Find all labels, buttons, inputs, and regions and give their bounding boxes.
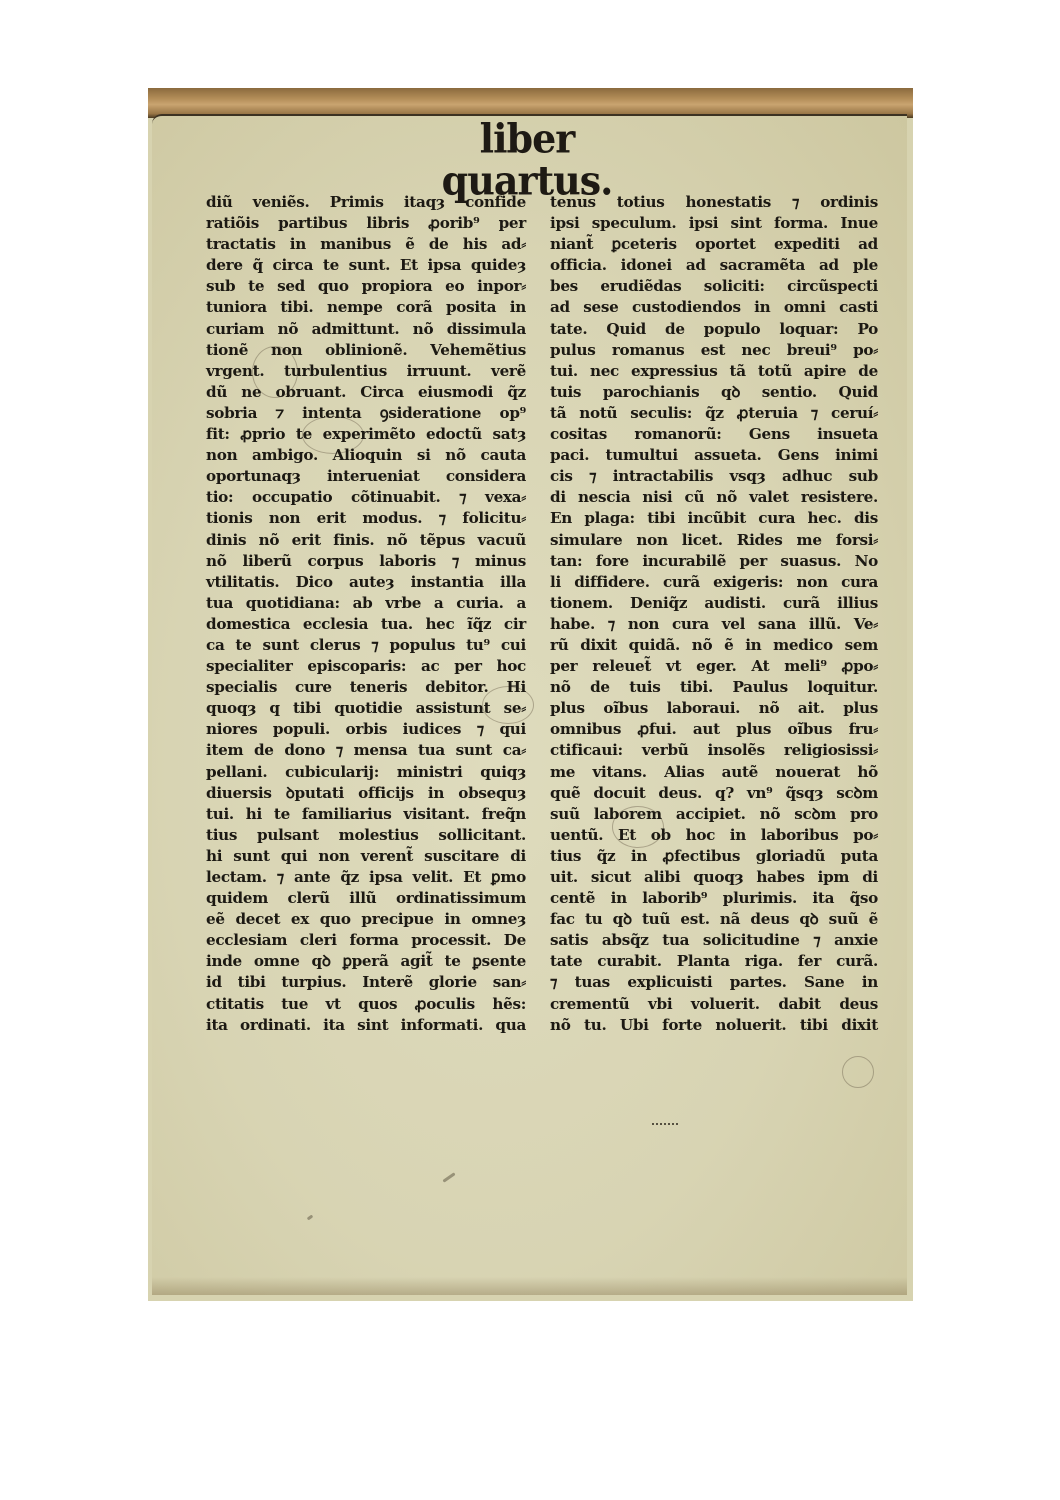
- text-line: tionẽ non oblinionẽ. Vehemẽtius: [206, 340, 526, 361]
- text-line: sub te sed quo propiora eo inpor⸗: [206, 276, 526, 297]
- text-line: tua quotidiana: ab vrbe a curia. a: [206, 593, 526, 614]
- watermark-swirl: [842, 1056, 874, 1088]
- text-line: officia. idonei ad sacramẽta ad ple: [550, 255, 878, 276]
- text-line: hi sunt qui non verent̃ suscitare di: [206, 846, 526, 867]
- text-line: niores populi. orbis iudices ⁊ qui: [206, 719, 526, 740]
- text-line: sobria ⁊ intenta ꝯsideratione op⁹: [206, 403, 526, 424]
- text-line: per releuet̃ vt eger. At meli⁹ ꝓpo⸗: [550, 656, 878, 677]
- text-line: tuniora tibi. nempe corã posita in: [206, 297, 526, 318]
- text-line: quidem clerũ illũ ordinatissimum: [206, 888, 526, 909]
- text-line: oportunaqȝ interueniat considera: [206, 466, 526, 487]
- text-line: niant̃ ꝑceteris oportet expediti ad: [550, 234, 878, 255]
- text-line: tius q̃z in ꝓfectibus gloriadũ puta: [550, 846, 878, 867]
- text-line: ratiõis partibus libris ꝓorib⁹ per: [206, 213, 526, 234]
- text-line: diuersis ꝺputati officijs in obsequȝ: [206, 783, 526, 804]
- text-line: dinis nõ erit finis. nõ tẽpus vacuũ: [206, 530, 526, 551]
- text-line: habe. ⁊ non cura vel sana illũ. Ve⸗: [550, 614, 878, 635]
- text-line: vrgent. turbulentius irruunt. verẽ: [206, 361, 526, 382]
- text-line: item de dono ⁊ mensa tua sunt ca⸗: [206, 740, 526, 761]
- text-line: tionem. Deniq̃z audisti. curã illius: [550, 593, 878, 614]
- text-line: nõ tu. Ubi forte noluerit. tibi dixit: [550, 1015, 878, 1036]
- text-line: tate curabit. Planta riga. fer curã.: [550, 951, 878, 972]
- text-line: ecclesiam cleri forma processit. De: [206, 930, 526, 951]
- text-line: ctificaui: verbũ insolẽs religiosissi⸗: [550, 740, 878, 761]
- text-line: ctitatis tue vt quos ꝓoculis hẽs:: [206, 994, 526, 1015]
- text-line: paci. tumultui assueta. Gens inimi: [550, 445, 878, 466]
- text-line: bes erudiẽdas soliciti: circũspecti: [550, 276, 878, 297]
- text-line: ad sese custodiendos in omni casti: [550, 297, 878, 318]
- text-line: uit. sicut alibi quoqȝ habes ipm di: [550, 867, 878, 888]
- text-line: specialis cure teneris debitor. Hi: [206, 677, 526, 698]
- text-column-left: diũ veniẽs. Primis itaqȝ confideratiõis …: [206, 192, 526, 1036]
- text-line: nõ de tuis tibi. Paulus loquitur.: [550, 677, 878, 698]
- text-line: plus oĩbus laboraui. nõ ait. plus: [550, 698, 878, 719]
- running-head: liber quartus.: [407, 118, 647, 202]
- text-line: quẽ docuit deus. q? vn⁹ q̃sqȝ scꝺm: [550, 783, 878, 804]
- page-scan: liber quartus. diũ veniẽs. Primis itaqȝ …: [148, 88, 913, 1301]
- text-line: pulus romanus est nec breui⁹ po⸗: [550, 340, 878, 361]
- text-line: tã notũ seculis: q̃z ꝓteruia ⁊ ceruí⸗: [550, 403, 878, 424]
- text-line: pellani. cubicularij: ministri quiqȝ: [206, 762, 526, 783]
- paper-blemish: [307, 1215, 314, 1221]
- text-line: ipsi speculum. ipsi sint forma. Inue: [550, 213, 878, 234]
- text-line: quoqȝ q tibi quotidie assistunt se⸗: [206, 698, 526, 719]
- paper-blemish: [442, 1172, 455, 1182]
- text-line: inde omne qꝺ ꝑperã agit̃ te ꝑsente: [206, 951, 526, 972]
- text-line: fac tu qꝺ tuũ est. nã deus qꝺ suũ ẽ: [550, 909, 878, 930]
- text-line: tate. Quid de populo loquar: Po: [550, 319, 878, 340]
- text-line: me vitans. Alias autẽ nouerat hõ: [550, 762, 878, 783]
- text-line: tui. hi te familiarius visitant. freq̃n: [206, 804, 526, 825]
- text-line: eẽ decet ex quo precipue in omneȝ: [206, 909, 526, 930]
- text-line: tio: occupatio cõtinuabit. ⁊ vexa⸗: [206, 487, 526, 508]
- text-column-right: tenus totius honestatis ⁊ ordinisipsi sp…: [550, 192, 878, 1036]
- text-line: crementũ vbi voluerit. dabit deus: [550, 994, 878, 1015]
- text-line: non ambigo. Alioquin si nõ cauta: [206, 445, 526, 466]
- text-line: nõ liberũ corpus laboris ⁊ minus: [206, 551, 526, 572]
- text-line: tractatis in manibus ẽ de his ad⸗: [206, 234, 526, 255]
- text-line: vtilitatis. Dico auteȝ instantia illa: [206, 572, 526, 593]
- text-line: tan: fore incurabilẽ per suasus. No: [550, 551, 878, 572]
- text-line: suũ laborem accipiet. nõ scꝺm pro: [550, 804, 878, 825]
- text-line: dere q̃ circa te sunt. Et ipsa quideȝ: [206, 255, 526, 276]
- text-line: tionis non erit modus. ⁊ folicitu⸗: [206, 508, 526, 529]
- text-line: lectam. ⁊ ante q̃z ipsa velit. Et ꝑmo: [206, 867, 526, 888]
- text-line: tui. nec expressius tã totũ apire de: [550, 361, 878, 382]
- paper-page: liber quartus. diũ veniẽs. Primis itaqȝ …: [152, 114, 907, 1295]
- text-line: tius pulsant molestius sollicitant.: [206, 825, 526, 846]
- text-line: rũ dixit quidã. nõ ẽ in medico sem: [550, 635, 878, 656]
- text-line: cositas romanorũ: Gens insueta: [550, 424, 878, 445]
- text-line: di nescia nisi cũ nõ valet resistere.: [550, 487, 878, 508]
- text-line: id tibi turpius. Interẽ glorie san⸗: [206, 972, 526, 993]
- text-line: curiam nõ admittunt. nõ dissimula: [206, 319, 526, 340]
- text-line: satis absq̃z tua solicitudine ⁊ anxie: [550, 930, 878, 951]
- printers-mark: [652, 1123, 678, 1127]
- text-line: En plaga: tibi incũbit cura hec. dis: [550, 508, 878, 529]
- text-line: simulare non licet. Rides me forsi⸗: [550, 530, 878, 551]
- text-line: dũ ne obruant. Circa eiusmodi q̃z: [206, 382, 526, 403]
- text-line: centẽ in laborib⁹ plurimis. ita q̃so: [550, 888, 878, 909]
- text-line: domestica ecclesia tua. hec ĩq̃z cir: [206, 614, 526, 635]
- text-line: ca te sunt clerus ⁊ populus tu⁹ cui: [206, 635, 526, 656]
- text-line: fit: ꝓprio te experimẽto edoctũ satȝ: [206, 424, 526, 445]
- text-line: cis ⁊ intractabilis vsqȝ adhuc sub: [550, 466, 878, 487]
- text-line: omnibus ꝓfui. aut plus oĩbus fru⸗: [550, 719, 878, 740]
- text-line: ita ordinati. ita sint informati. qua: [206, 1015, 526, 1036]
- text-line: tenus totius honestatis ⁊ ordinis: [550, 192, 878, 213]
- text-line: diũ veniẽs. Primis itaqȝ confide: [206, 192, 526, 213]
- text-line: tuis parochianis qꝺ sentio. Quid: [550, 382, 878, 403]
- text-line: li diffidere. curã exigeris: non cura: [550, 572, 878, 593]
- text-line: ⁊ tuas explicuisti partes. Sane in: [550, 972, 878, 993]
- text-line: uentũ. Et ob hoc in laboribus po⸗: [550, 825, 878, 846]
- text-line: specialiter episcoparis: ac per hoc: [206, 656, 526, 677]
